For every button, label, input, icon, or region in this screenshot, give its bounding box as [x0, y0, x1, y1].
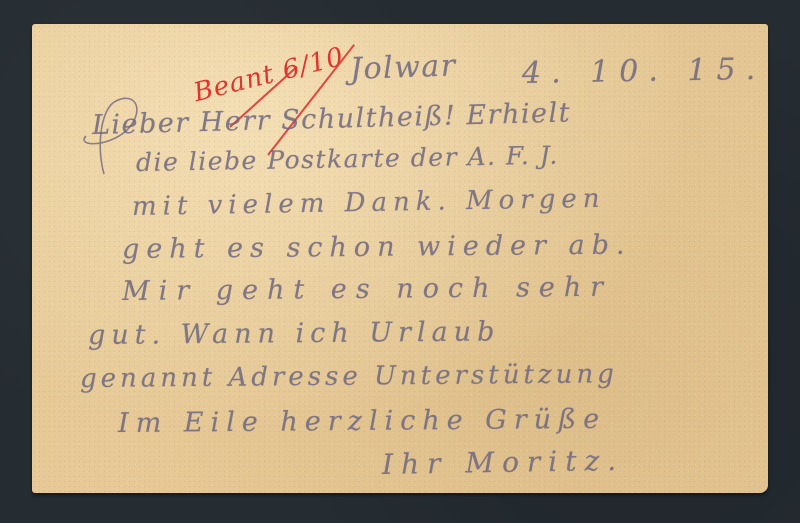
letter-line-6: gut. Wann ich Urlaub: [88, 316, 501, 351]
letter-line-4: geht es schon wieder ab.: [122, 230, 632, 265]
letter-line-2: die liebe Postkarte der A. F. J.: [136, 141, 559, 177]
red-annotation: Beant 6/10: [191, 42, 348, 108]
letter-line-1: Lieber Herr Schultheiß! Erhielt: [92, 97, 572, 141]
letter-line-5: Mir geht es noch sehr: [122, 272, 612, 307]
header-place: Jolwar: [349, 48, 457, 87]
signature: Ihr Moritz.: [382, 444, 625, 481]
letter-line-8: Im Eile herzliche Grüße: [118, 404, 606, 439]
letter-line-7: genannt Adresse Unterstützung: [80, 359, 618, 394]
header-date: 4. 10. 15.: [522, 52, 766, 91]
letter-line-3: mit vielem Dank. Morgen: [132, 184, 606, 222]
postcard: Beant 6/10 Jolwar 4. 10. 15. Lieber Herr…: [32, 24, 768, 493]
